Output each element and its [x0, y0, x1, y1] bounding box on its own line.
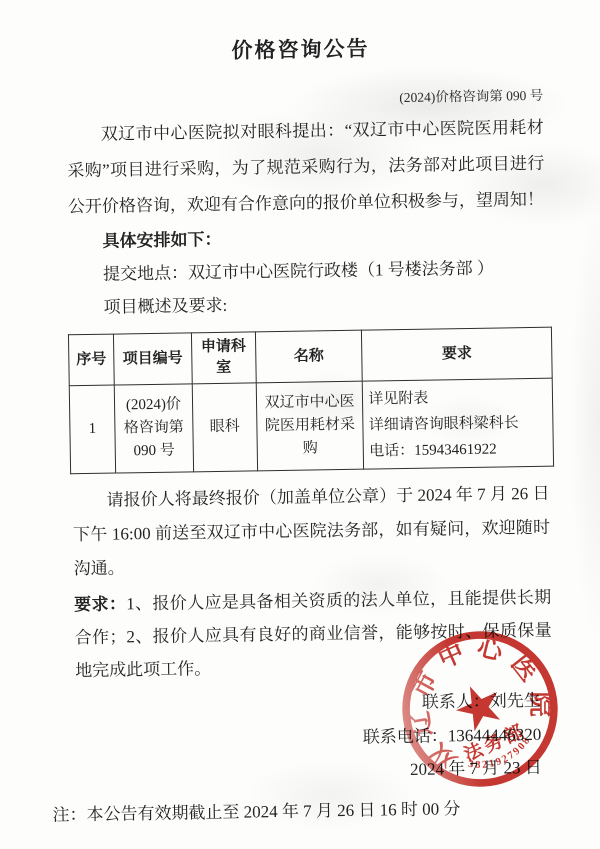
cell-requirement: 详见附表 详细请咨询眼科梁科长 电话：15943461922	[363, 378, 554, 469]
cell-department: 眼科	[192, 383, 257, 472]
cell-seq: 1	[69, 385, 115, 474]
requirement-item-2: 2、报价人应具有良好的商业信誉，能够按时、保质保量地完成此项工作。	[75, 621, 552, 680]
overview-heading: 项目概述及要求:	[69, 284, 546, 324]
deadline-paragraph: 请报价人将最终报价（加盖单位公章）于 2024 年 7 月 26 日下午 16:…	[72, 477, 551, 586]
requirement-line: 电话：15943461922	[369, 435, 548, 464]
header-seq: 序号	[68, 334, 114, 386]
document-number: (2024)价格咨询第 090 号	[41, 84, 543, 112]
header-department: 申请科室	[191, 332, 256, 384]
cell-project-no: (2024)价格咨询第 090 号	[114, 384, 193, 473]
intro-paragraph: 双辽市中心医院拟对眼科提出：“双辽市中心医院医用耗材采购”项目进行采购，为了规范…	[67, 110, 546, 225]
table-header-row: 序号 项目编号 申请科室 名称 要求	[68, 327, 552, 386]
header-name: 名称	[255, 330, 362, 383]
requirement-line: 详细请咨询眼科梁科长	[369, 409, 548, 438]
page-title: 价格咨询公告	[40, 30, 560, 68]
header-project-no: 项目编号	[113, 333, 192, 385]
requirements-label: 要求：	[74, 594, 126, 614]
validity-note: 注：本公告有效期截止至 2024 年 7 月 26 日 16 时 00 分	[52, 792, 572, 825]
cell-name: 双辽市中心医院医用耗材采购	[256, 381, 364, 471]
contact-block: 联系人：刘先生 联系电话：13644446320 2024 年 7 月 23 日	[51, 684, 543, 792]
document-date: 2024 年 7 月 23 日	[52, 751, 542, 792]
scanned-announcement-page: 价格咨询公告 (2024)价格咨询第 090 号 双辽市中心医院拟对眼科提出：“…	[0, 0, 600, 849]
requirement-line: 详见附表	[368, 383, 547, 412]
document-content: 价格咨询公告 (2024)价格咨询第 090 号 双辽市中心医院拟对眼科提出：“…	[0, 0, 600, 826]
project-table: 序号 项目编号 申请科室 名称 要求 1 (2024)价格咨询第 090 号 眼…	[68, 327, 554, 475]
requirements-paragraph: 要求：1、报价人应是具备相关资质的法人单位，且能提供长期合作；2、报价人应具有良…	[74, 581, 552, 687]
table-row: 1 (2024)价格咨询第 090 号 眼科 双辽市中心医院医用耗材采购 详见附…	[69, 378, 553, 474]
header-requirement: 要求	[362, 327, 552, 381]
